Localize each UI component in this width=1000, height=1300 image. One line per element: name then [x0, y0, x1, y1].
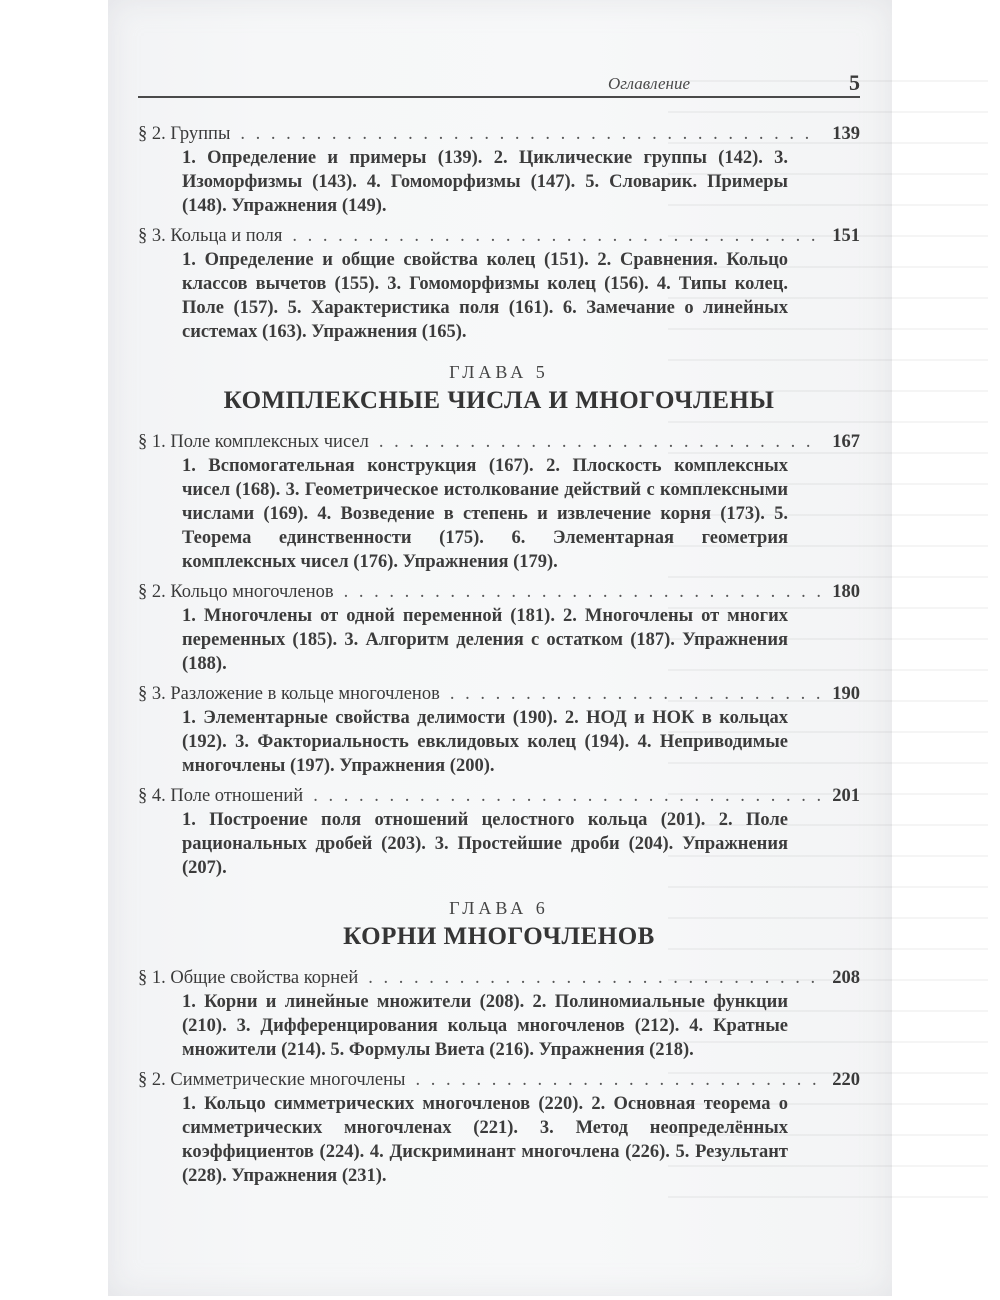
section-page: 167 — [820, 430, 860, 454]
section-title: § 4. Поле отношений — [138, 784, 313, 808]
section-description: 1. Вспомогательная конструкция (167). 2.… — [182, 454, 788, 574]
section-title: § 1. Поле комплексных чисел — [138, 430, 379, 454]
header-rule — [138, 96, 860, 98]
chapter-label: ГЛАВА 5 — [138, 360, 860, 384]
chapter-6-heading: ГЛАВА 6 КОРНИ МНОГОЧЛЕНОВ — [138, 896, 860, 954]
section-description: 1. Многочлены от одной переменной (181).… — [182, 604, 788, 676]
section-title: § 3. Кольца и поля — [138, 224, 292, 248]
section-description: 1. Построение поля отношений целостного … — [182, 808, 788, 880]
leader-dots — [415, 1068, 820, 1092]
section-title: § 2. Группы — [138, 122, 240, 146]
toc-section-complex-field: § 1. Поле комплексных чисел 167 1. Вспом… — [138, 430, 860, 574]
chapter-title: КОМПЛЕКСНЫЕ ЧИСЛА И МНОГОЧЛЕНЫ — [138, 384, 860, 418]
toc-section-symmetric-polynomials: § 2. Симметрические многочлены 220 1. Ко… — [138, 1068, 860, 1188]
section-description: 1. Кольцо симметрических многочленов (22… — [182, 1092, 788, 1188]
table-of-contents: § 2. Группы 139 1. Определение и примеры… — [138, 122, 860, 1194]
section-page: 201 — [820, 784, 860, 808]
leader-dots — [240, 122, 820, 146]
page-number: 5 — [849, 70, 860, 96]
toc-section-rings: § 3. Кольца и поля 151 1. Определение и … — [138, 224, 860, 344]
leader-dots — [292, 224, 820, 248]
chapter-title: КОРНИ МНОГОЧЛЕНОВ — [138, 920, 860, 954]
book-page: Оглавление 5 § 2. Группы 139 1. Определе… — [108, 0, 892, 1296]
section-description: 1. Определение и общие свойства колец (1… — [182, 248, 788, 344]
section-title: § 3. Разложение в кольце многочленов — [138, 682, 450, 706]
toc-section-groups: § 2. Группы 139 1. Определение и примеры… — [138, 122, 860, 218]
section-title: § 1. Общие свойства корней — [138, 966, 368, 990]
chapter-5-heading: ГЛАВА 5 КОМПЛЕКСНЫЕ ЧИСЛА И МНОГОЧЛЕНЫ — [138, 360, 860, 418]
toc-section-factorization: § 3. Разложение в кольце многочленов 190… — [138, 682, 860, 778]
section-page: 151 — [820, 224, 860, 248]
running-title: Оглавление — [608, 74, 690, 94]
leader-dots — [379, 430, 820, 454]
leader-dots — [450, 682, 820, 706]
toc-section-polynomial-ring: § 2. Кольцо многочленов 180 1. Многочлен… — [138, 580, 860, 676]
toc-section-fraction-field: § 4. Поле отношений 201 1. Построение по… — [138, 784, 860, 880]
section-title: § 2. Симметрические многочлены — [138, 1068, 415, 1092]
section-page: 190 — [820, 682, 860, 706]
toc-section-roots-general: § 1. Общие свойства корней 208 1. Корни … — [138, 966, 860, 1062]
section-description: 1. Определение и примеры (139). 2. Цикли… — [182, 146, 788, 218]
section-description: 1. Корни и линейные множители (208). 2. … — [182, 990, 788, 1062]
section-title: § 2. Кольцо многочленов — [138, 580, 344, 604]
leader-dots — [313, 784, 820, 808]
section-description: 1. Элементарные свойства делимости (190)… — [182, 706, 788, 778]
leader-dots — [344, 580, 821, 604]
section-page: 139 — [820, 122, 860, 146]
chapter-label: ГЛАВА 6 — [138, 896, 860, 920]
leader-dots — [368, 966, 820, 990]
section-page: 180 — [820, 580, 860, 604]
section-page: 208 — [820, 966, 860, 990]
section-page: 220 — [820, 1068, 860, 1092]
